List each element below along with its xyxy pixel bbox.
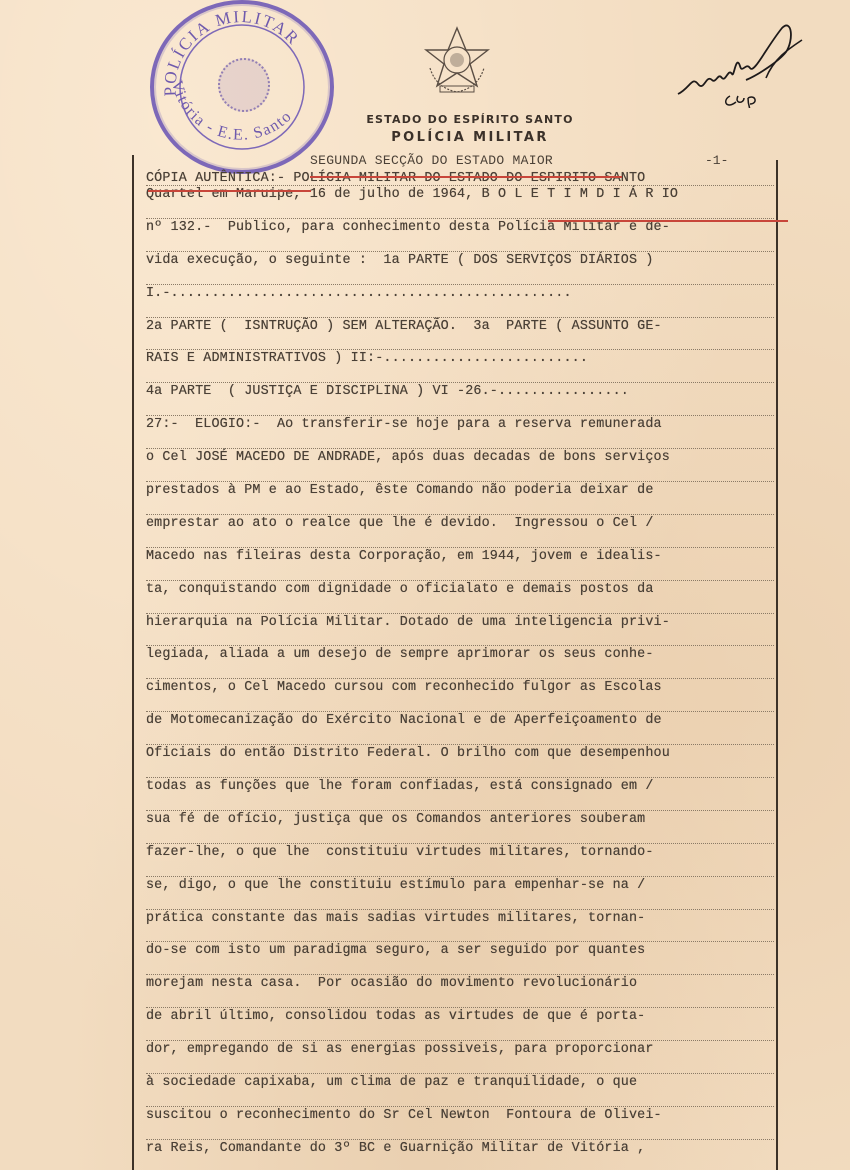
- right-margin-rule: [776, 160, 778, 1170]
- letterhead-organization: POLÍCIA MILITAR: [300, 130, 640, 145]
- typed-line: emprestar ao ato o realce que lhe é devi…: [146, 515, 774, 548]
- left-margin-rule: [132, 155, 134, 1170]
- typed-line: todas as funções que lhe foram confiadas…: [146, 778, 774, 811]
- typed-line: 2a PARTE ( ISNTRUÇÃO ) SEM ALTERAÇÃO. 3a…: [146, 318, 774, 351]
- typed-line: vida execução, o seguinte : 1a PARTE ( D…: [146, 252, 774, 285]
- typed-line: CÓPIA AUTÊNTICA:- POLÍCIA MILITAR DO EST…: [146, 170, 774, 186]
- red-underline-copia: [148, 190, 311, 192]
- handwritten-signature-icon: [670, 18, 810, 108]
- typed-line: do-se com isto um paradigma seguro, a se…: [146, 942, 774, 975]
- typed-line: fazer-lhe, o que lhe constituiu virtudes…: [146, 844, 774, 877]
- typed-line: à sociedade capixaba, um clima de paz e …: [146, 1074, 774, 1107]
- stamp-emblem-icon: [218, 58, 270, 112]
- typed-line: 27:- ELOGIO:- Ao transferir-se hoje para…: [146, 416, 774, 449]
- typed-line: se, digo, o que lhe constituiu estímulo …: [146, 877, 774, 910]
- typed-line: Macedo nas fileiras desta Corporação, em…: [146, 548, 774, 581]
- typed-line: o Cel JOSÉ MACEDO DE ANDRADE, após duas …: [146, 449, 774, 482]
- typed-line: legiada, aliada a um desejo de sempre ap…: [146, 646, 774, 679]
- typed-line: RAIS E ADMINISTRATIVOS ) II:-...........…: [146, 350, 774, 383]
- typed-line: hierarquia na Polícia Militar. Dotado de…: [146, 614, 774, 647]
- typed-line: Oficiais do então Distrito Federal. O br…: [146, 745, 774, 778]
- letterhead: ESTADO DO ESPÍRITO SANTO POLÍCIA MILITAR: [300, 113, 640, 145]
- typed-line: prestados à PM e ao Estado, êste Comando…: [146, 482, 774, 515]
- typed-line: cimentos, o Cel Macedo cursou com reconh…: [146, 679, 774, 712]
- page-number: -1-: [705, 153, 728, 168]
- section-heading: SEGUNDA SECÇÃO DO ESTADO MAIOR: [310, 153, 553, 168]
- typed-line: nº 132.- Publico, para conhecimento dest…: [146, 219, 774, 252]
- police-stamp: POLÍCIA MILITAR Vitória - E.E. Santo: [150, 0, 334, 174]
- typed-line: de Motomecanização do Exército Nacional …: [146, 712, 774, 745]
- red-underline-heading: [310, 176, 622, 178]
- typed-line: dor, empregando de si as energias possiv…: [146, 1041, 774, 1074]
- typed-line: morejam nesta casa. Por ocasião do movim…: [146, 975, 774, 1008]
- document-body: CÓPIA AUTÊNTICA:- POLÍCIA MILITAR DO EST…: [146, 170, 774, 1170]
- letterhead-state: ESTADO DO ESPÍRITO SANTO: [300, 113, 640, 126]
- typed-line: de abril último, consolidou todas as vir…: [146, 1008, 774, 1041]
- red-underline-boletim: [548, 220, 788, 222]
- typed-line: sua fé de ofício, justiça que os Comando…: [146, 811, 774, 844]
- typed-line: ra Reis, Comandante do 3º BC e Guarnição…: [146, 1140, 774, 1170]
- typed-line: prática constante das mais sadias virtud…: [146, 910, 774, 943]
- coat-of-arms-icon: [422, 24, 492, 96]
- typed-line: I.-.....................................…: [146, 285, 774, 318]
- typed-line: suscitou o reconhecimento do Sr Cel Newt…: [146, 1107, 774, 1140]
- typed-line: 4a PARTE ( JUSTIÇA E DISCIPLINA ) VI -26…: [146, 383, 774, 416]
- typed-line: ta, conquistando com dignidade o oficial…: [146, 581, 774, 614]
